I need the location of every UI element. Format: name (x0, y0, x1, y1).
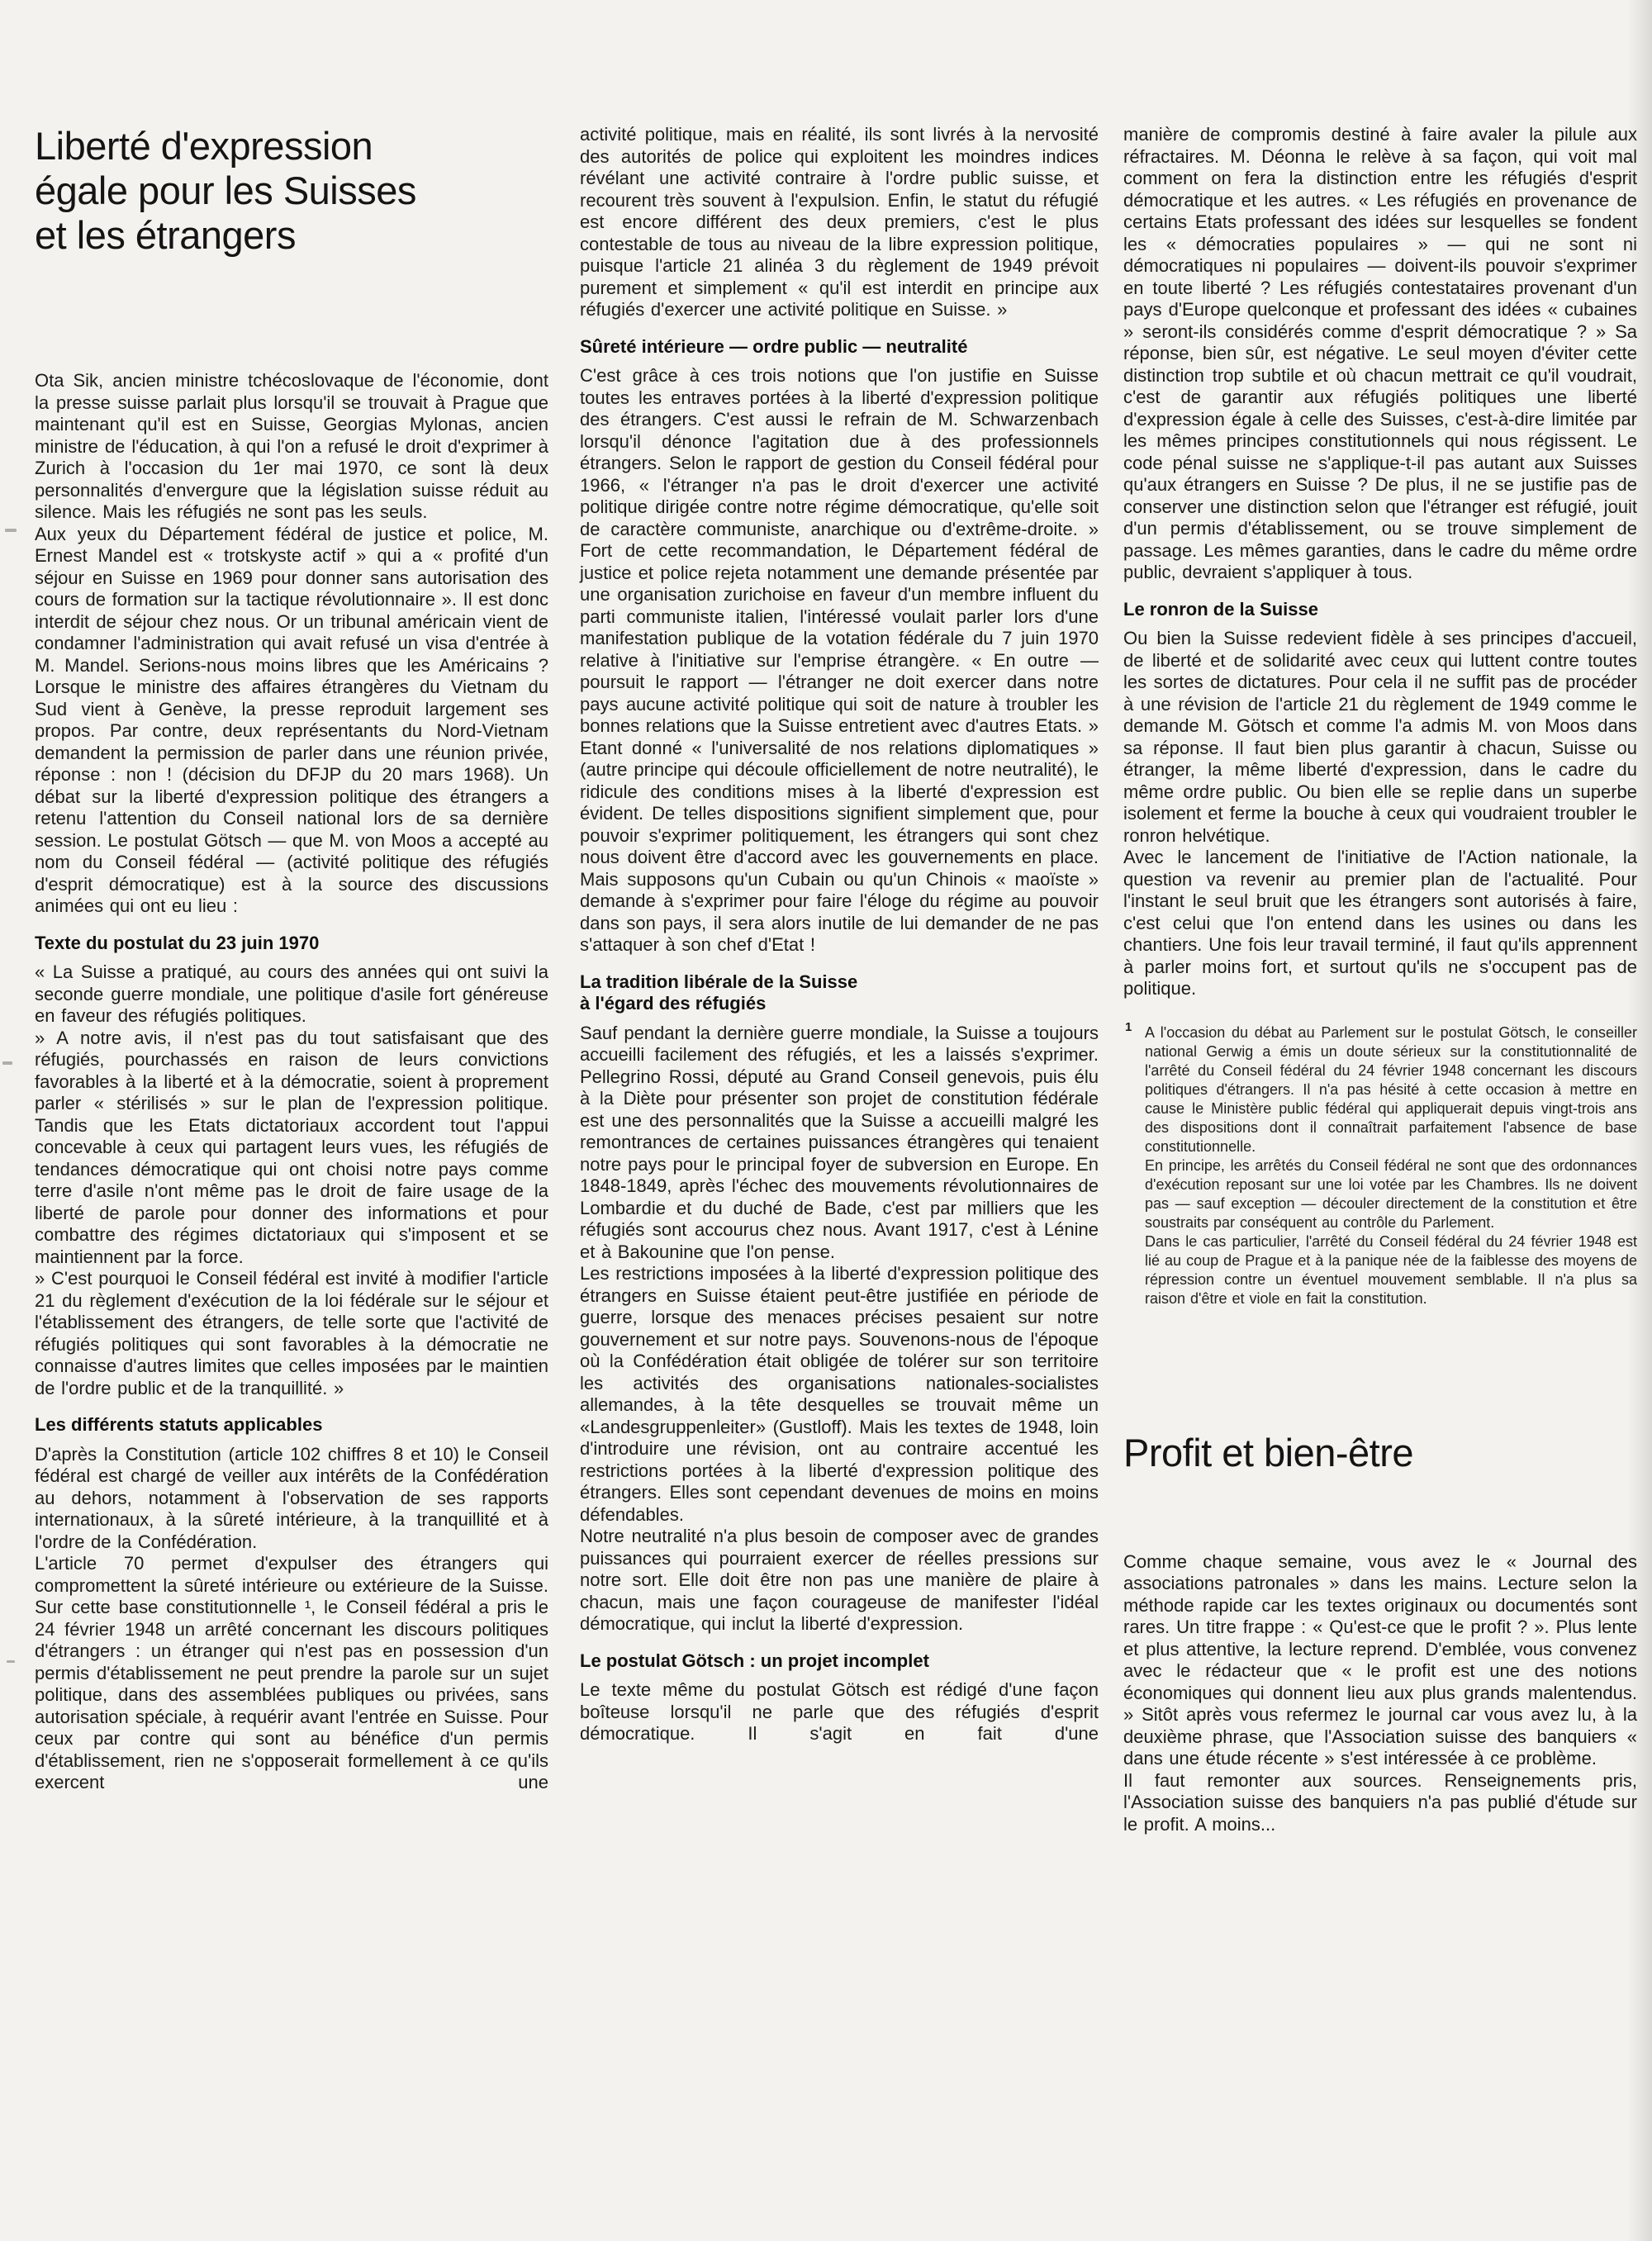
footnote: 1 A l'occasion du débat au Parlement sur… (1123, 1023, 1637, 1308)
column-1: Liberté d'expression égale pour les Suis… (35, 124, 548, 1794)
column-3: manière de compromis destiné à faire ava… (1123, 124, 1637, 1835)
footnote-paragraph: A l'occasion du débat au Parlement sur l… (1145, 1023, 1637, 1156)
paragraph: Ou bien la Suisse redevient fidèle à ses… (1123, 628, 1637, 847)
footnote-paragraph: Dans le cas particulier, l'arrêté du Con… (1145, 1232, 1637, 1308)
paragraph: Sauf pendant la dernière guerre mondiale… (580, 1023, 1099, 1264)
paragraph: Comme chaque semaine, vous avez le « Jou… (1123, 1551, 1637, 1770)
column-2: activité politique, mais en réalité, ils… (580, 124, 1099, 1745)
paragraph-lead: Ota Sik, ancien ministre tchécoslovaque … (35, 370, 548, 524)
footnote-paragraph: En principe, les arrêtés du Conseil fédé… (1145, 1156, 1637, 1232)
footnote-marker: 1 (1125, 1020, 1132, 1034)
section-heading-ronron: Le ronron de la Suisse (1123, 599, 1637, 621)
paragraph: « La Suisse a pratiqué, au cours des ann… (35, 961, 548, 1028)
newspaper-page: Liberté d'expression égale pour les Suis… (0, 0, 1652, 2241)
paragraph: Les restrictions imposées à la liberté d… (580, 1263, 1099, 1526)
article2-title: Profit et bien-être (1123, 1431, 1637, 1475)
scan-speck (7, 1660, 15, 1663)
scan-speck (5, 529, 17, 532)
paragraph-continues: L'article 70 permet d'expulser des étran… (35, 1553, 548, 1794)
article1-title: Liberté d'expression égale pour les Suis… (35, 124, 548, 258)
section-heading-surete: Sûreté intérieure — ordre public — neutr… (580, 336, 1099, 358)
paragraph-continued: activité politique, mais en réalité, ils… (580, 124, 1099, 321)
scan-speck (2, 1061, 12, 1065)
paragraph: D'après la Constitution (article 102 chi… (35, 1444, 548, 1554)
section-heading-statuts: Les différents statuts applicables (35, 1414, 548, 1436)
paragraph: Aux yeux du Département fédéral de justi… (35, 524, 548, 918)
paragraph-continues: Le texte même du postulat Götsch est réd… (580, 1679, 1099, 1745)
paragraph-continued: manière de compromis destiné à faire ava… (1123, 124, 1637, 584)
paragraph: Notre neutralité n'a plus besoin de comp… (580, 1526, 1099, 1636)
paragraph: » C'est pourquoi le Conseil fédéral est … (35, 1268, 548, 1399)
section-heading-postulat: Texte du postulat du 23 juin 1970 (35, 933, 548, 955)
paragraph: Avec le lancement de l'initiative de l'A… (1123, 847, 1637, 1000)
paragraph: Il faut remonter aux sources. Renseignem… (1123, 1770, 1637, 1836)
section-heading-postulat-incomplet: Le postulat Götsch : un projet incomplet (580, 1650, 1099, 1673)
paragraph: C'est grâce à ces trois notions que l'on… (580, 365, 1099, 957)
section-heading-tradition: La tradition libérale de la Suisse à l'é… (580, 971, 1099, 1015)
paragraph: » A notre avis, il n'est pas du tout sat… (35, 1028, 548, 1269)
